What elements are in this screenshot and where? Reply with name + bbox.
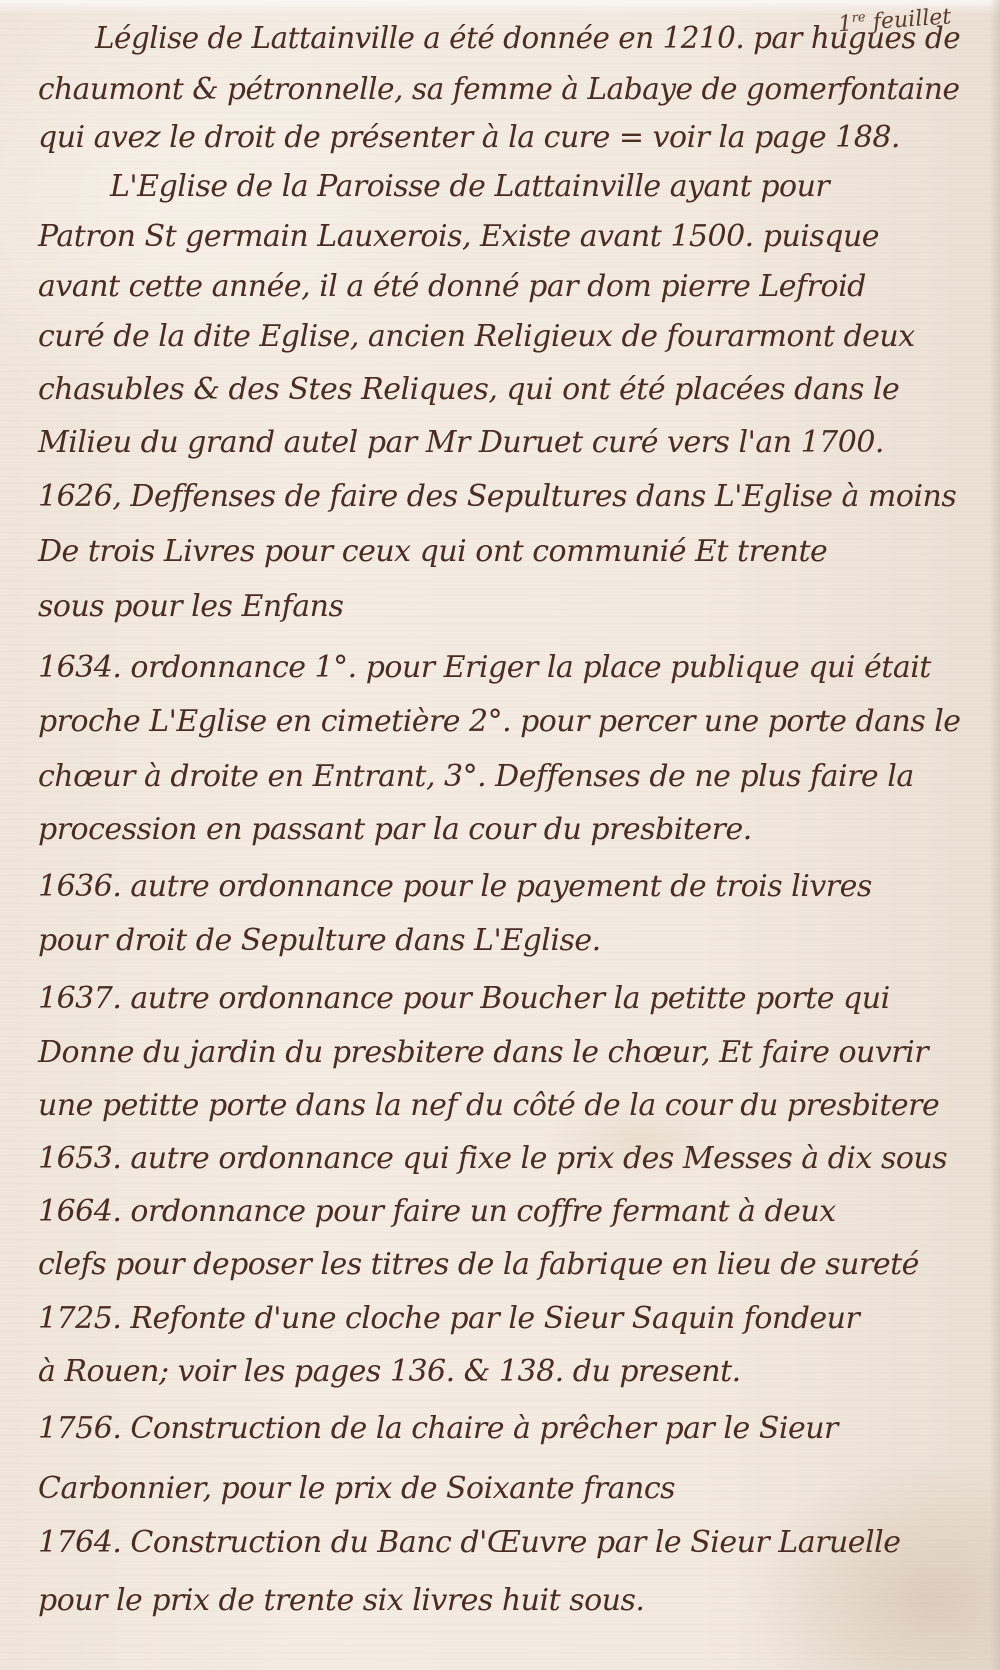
manuscript-line: sous pour les Enfans xyxy=(38,592,343,622)
manuscript-line: 1664. ordonnance pour faire un coffre fe… xyxy=(38,1197,836,1227)
manuscript-line: 1626, Deffenses de faire des Sepultures … xyxy=(38,482,956,512)
manuscript-line: 1756. Construction de la chaire à prêche… xyxy=(38,1414,838,1444)
manuscript-line: 1725. Refonte d'une cloche par le Sieur … xyxy=(38,1304,859,1334)
manuscript-line: pour le prix de trente six livres huit s… xyxy=(38,1586,644,1616)
manuscript-line: chaumont & pétronnelle, sa femme à Labay… xyxy=(38,75,960,105)
manuscript-line: avant cette année, il a été donné par do… xyxy=(38,272,866,302)
manuscript-line: curé de la dite Eglise, ancien Religieux… xyxy=(38,322,915,352)
manuscript-line: Léglise de Lattainville a été donnée en … xyxy=(95,24,960,54)
manuscript-line: 1637. autre ordonnance pour Boucher la p… xyxy=(38,984,890,1014)
manuscript-line: Patron St germain Lauxerois, Existe avan… xyxy=(38,222,879,252)
manuscript-line: L'Eglise de la Paroisse de Lattainville … xyxy=(110,172,829,202)
manuscript-line: Carbonnier, pour le prix de Soixante fra… xyxy=(38,1474,675,1504)
manuscript-line: qui avez le droit de présenter à la cure… xyxy=(38,123,900,153)
manuscript-line: chasubles & des Stes Reliques, qui ont é… xyxy=(38,375,899,405)
manuscript-line: une petitte porte dans la nef du côté de… xyxy=(38,1091,939,1121)
manuscript-line: 1764. Construction du Banc d'Œuvre par l… xyxy=(38,1528,900,1558)
manuscript-line: 1653. autre ordonnance qui fixe le prix … xyxy=(38,1144,947,1174)
manuscript-line: à Rouen; voir les pages 136. & 138. du p… xyxy=(38,1357,741,1387)
manuscript-line: chœur à droite en Entrant, 3°. Deffenses… xyxy=(38,762,914,792)
manuscript-line: Milieu du grand autel par Mr Duruet curé… xyxy=(38,428,884,458)
manuscript-line: procession en passant par la cour du pre… xyxy=(38,815,752,845)
manuscript-line: pour droit de Sepulture dans L'Eglise. xyxy=(38,926,601,956)
manuscript-line: 1636. autre ordonnance pour le payement … xyxy=(38,872,872,902)
manuscript-page: 1re feuillet Léglise de Lattainville a é… xyxy=(0,0,1000,1670)
manuscript-line: De trois Livres pour ceux qui ont commun… xyxy=(38,537,827,567)
manuscript-line: clefs pour deposer les titres de la fabr… xyxy=(38,1250,919,1280)
manuscript-line: Donne du jardin du presbitere dans le ch… xyxy=(38,1038,928,1068)
manuscript-line: 1634. ordonnance 1°. pour Eriger la plac… xyxy=(38,653,931,683)
manuscript-line: proche L'Eglise en cimetière 2°. pour pe… xyxy=(38,707,960,737)
